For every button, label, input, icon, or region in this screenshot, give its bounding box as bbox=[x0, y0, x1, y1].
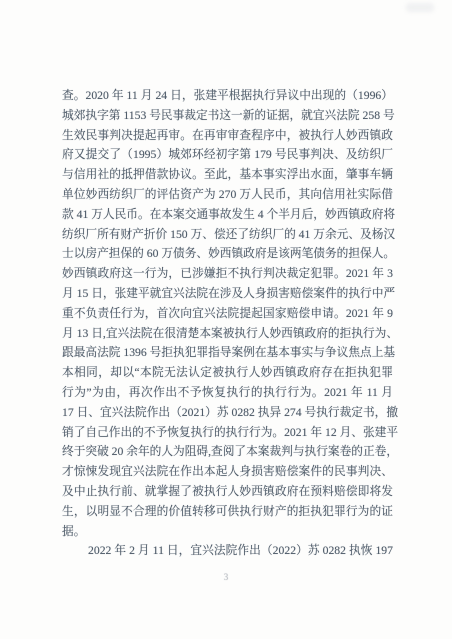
document-page: 查。2020 年 11 月 24 日，张建平根据执行异议中出现的（1996）城郊… bbox=[0, 0, 452, 639]
document-line: 纺织厂所有财产折价 150 万、偿还了纺织厂的 41 万余元、及杨汉 bbox=[62, 225, 393, 245]
scan-artifact bbox=[406, 3, 434, 12]
document-line: 本相同，却以“本院无法认定被执行人妙西镇政府存在拒执犯罪 bbox=[62, 363, 393, 383]
document-text-block: 查。2020 年 11 月 24 日，张建平根据执行异议中出现的（1996）城郊… bbox=[62, 86, 393, 561]
document-line: 府又提交了（1995）城郊环经初字第 179 号民事判决、及纺织厂 bbox=[62, 145, 393, 165]
document-line: 月 13 日,宜兴法院在很清楚本案被执行人妙西镇政府的拒执行为、 bbox=[62, 324, 393, 344]
document-line: 跟最高法院 1396 号拒执犯罪指导案例在基本事实与争议焦点上基 bbox=[62, 343, 393, 363]
document-line: 销了自己作出的不予恢复执行的执行行为。2021 年 12 月、张建平 bbox=[62, 423, 393, 443]
document-line: 妙西镇政府这一行为，已涉嫌拒不执行判决裁定犯罪。2021 年 3 bbox=[62, 264, 393, 284]
document-line: 重不负责任行为，首次向宜兴法院提起国家赔偿申请。2021 年 9 bbox=[62, 304, 393, 324]
document-line: 月 15 日，张建平就宜兴法院在涉及人身损害赔偿案件的执行中严 bbox=[62, 284, 393, 304]
document-line: 城郊执字第 1153 号民事裁定书这一新的证据，就宜兴法院 258 号 bbox=[62, 106, 393, 126]
document-line: 款 41 万人民币。在本案交通事故发生 4 个半月后，妙西镇政府将 bbox=[62, 205, 393, 225]
document-line: 2022 年 2 月 11 日，宜兴法院作出（2022）苏 0282 执恢 19… bbox=[62, 541, 393, 561]
document-line: 与信用社的抵押借款协议。至此，基本事实浮出水面，肇事车辆 bbox=[62, 165, 393, 185]
document-line: 终于突破 20 余年的人为阻碍,查阅了本案裁判与执行案卷的正卷， bbox=[62, 442, 393, 462]
document-line: 士以房产担保的 60 万债务、妙西镇政府是该两笔债务的担保人。 bbox=[62, 244, 393, 264]
document-line: 据。 bbox=[62, 522, 393, 542]
document-line: 生，以明显不合理的价值转移可供执行财产的拒执犯罪行为的证 bbox=[62, 502, 393, 522]
document-line: 才惊悚发现宜兴法院在作出本起人身损害赔偿案件的民事判决、 bbox=[62, 462, 393, 482]
document-line: 单位妙西纺织厂的评估资产为 270 万人民币，其向信用社实际借 bbox=[62, 185, 393, 205]
document-line: 查。2020 年 11 月 24 日，张建平根据执行异议中出现的（1996） bbox=[62, 86, 393, 106]
document-line: 行为”为由，再次作出不予恢复执行的执行行为。2021 年 11 月 bbox=[62, 383, 393, 403]
document-line: 生效民事判决提起再审。在再审审查程序中，被执行人妙西镇政 bbox=[62, 126, 393, 146]
page-number: 3 bbox=[0, 572, 452, 582]
document-line: 17 日、宜兴法院作出（2021）苏 0282 执异 274 号执行裁定书，撤 bbox=[62, 403, 393, 423]
document-line: 及中止执行前、就掌握了被执行人妙西镇政府在预料赔偿即将发 bbox=[62, 482, 393, 502]
